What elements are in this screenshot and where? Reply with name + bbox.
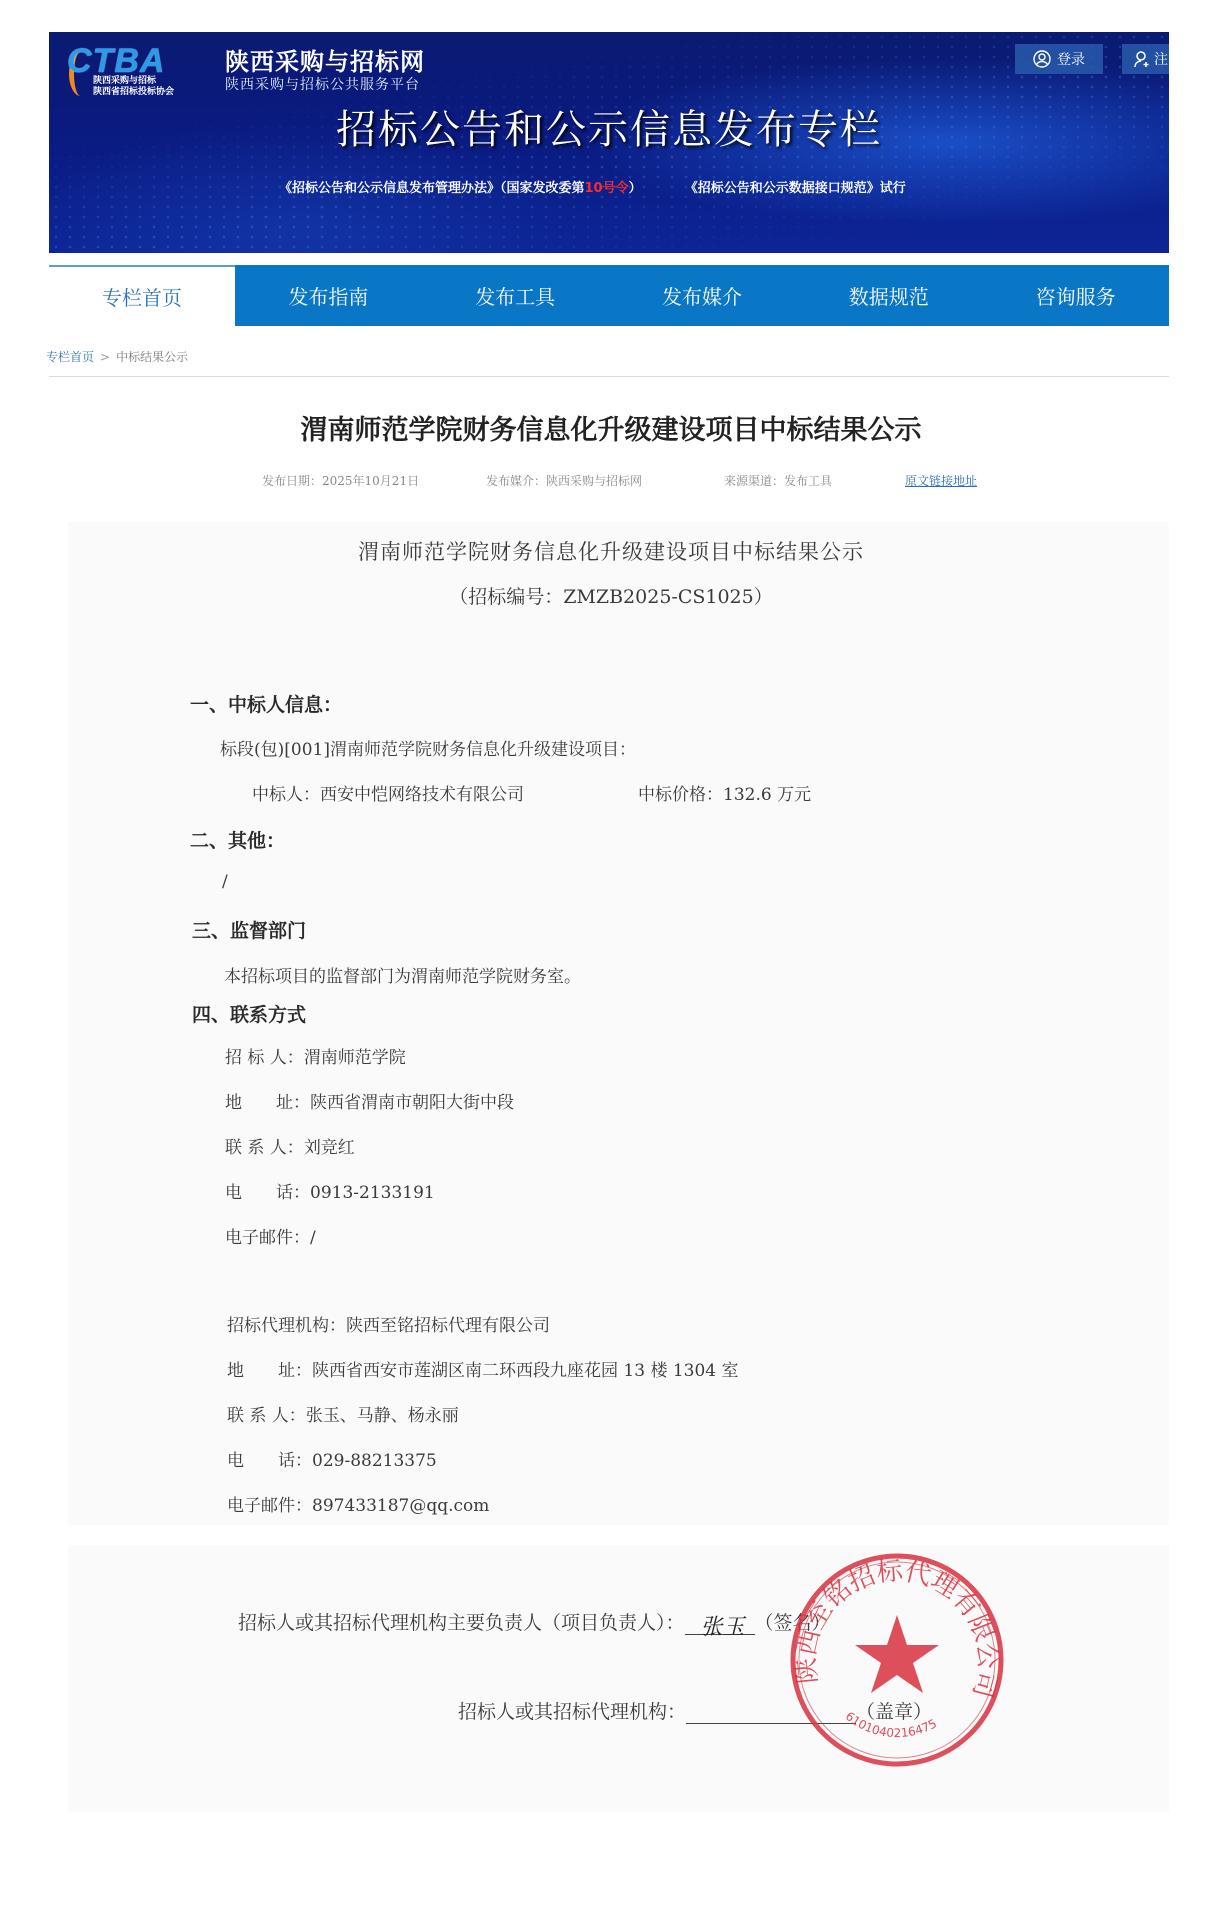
- phone-label: 电 话：: [225, 1183, 310, 1203]
- tab-data-standards[interactable]: 数据规范: [795, 265, 982, 326]
- agency-contact-row: 联 系 人：张玉、马静、杨永丽: [227, 1401, 459, 1426]
- login-button[interactable]: 登录: [1015, 44, 1103, 74]
- banner-title: 招标公告和公示信息发布专栏: [49, 98, 1169, 155]
- tenderer-email-row: 电子邮件：/: [225, 1223, 316, 1248]
- agency-address: 陕西省西安市莲湖区南二环西段九座花园 13 楼 1304 室: [312, 1361, 739, 1381]
- company-seal-icon: 陕西至铭招标代理有限公司 6101040216475: [782, 1545, 1012, 1775]
- tenderer-email: /: [310, 1228, 316, 1248]
- tender-number: （招标编号：ZMZB2025-CS1025）: [0, 582, 1222, 609]
- divider: [49, 376, 1169, 377]
- register-button[interactable]: 注: [1122, 44, 1169, 74]
- email-label: 电子邮件：: [225, 1228, 310, 1248]
- tenderer-contact: 刘竞红: [304, 1138, 355, 1158]
- handwritten-signature: 张玉: [701, 1610, 745, 1641]
- address-label: 地 址：: [227, 1361, 312, 1381]
- agency-contacts: 张玉、马静、杨永丽: [306, 1406, 459, 1426]
- tab-publish-tools[interactable]: 发布工具: [422, 265, 609, 326]
- document-title: 渭南师范学院财务信息化升级建设项目中标结果公示: [0, 536, 1222, 566]
- winning-price: 中标价格：132.6 万元: [638, 780, 811, 805]
- publish-date: 发布日期：2025年10月21日: [262, 472, 419, 489]
- tenderer-label: 招 标 人：: [225, 1048, 304, 1068]
- section-winner-heading: 一、中标人信息：: [190, 690, 342, 717]
- publish-media: 发布媒介：陕西采购与招标网: [486, 472, 642, 489]
- signature-line-responsible: 招标人或其招标代理机构主要负责人（项目负责人）：张玉（签名）: [238, 1608, 831, 1635]
- site-name: 陕西采购与招标网: [225, 42, 425, 77]
- phone-label: 电 话：: [227, 1451, 312, 1471]
- tenderer-contact-row: 联 系 人：刘竞红: [225, 1133, 355, 1158]
- contact-label: 联 系 人：: [225, 1138, 304, 1158]
- user-circle-icon: [1033, 50, 1051, 68]
- tab-column-home[interactable]: 专栏首页: [49, 265, 235, 326]
- main-nav: 专栏首页 发布指南 发布工具 发布媒介 数据规范 咨询服务: [49, 265, 1169, 326]
- law2-link[interactable]: 《招标公告和公示数据接口规范》试行: [685, 181, 906, 196]
- user-add-icon: [1134, 50, 1150, 68]
- agency-phone-row: 电 话：029-88213375: [227, 1446, 437, 1471]
- tenderer-row: 招 标 人：渭南师范学院: [225, 1043, 406, 1068]
- logo-assoc-line2: 陕西省招标投标协会: [93, 87, 174, 98]
- tenderer-address-row: 地 址：陕西省渭南市朝阳大街中段: [225, 1088, 514, 1113]
- login-label: 登录: [1057, 49, 1085, 69]
- law1-highlight: 10号令: [585, 181, 629, 196]
- address-label: 地 址：: [225, 1093, 310, 1113]
- responsible-label: 招标人或其招标代理机构主要负责人（项目负责人）：: [238, 1612, 685, 1634]
- section-other-heading: 二、其他：: [190, 826, 285, 853]
- other-text: /: [222, 872, 228, 892]
- tab-consulting[interactable]: 咨询服务: [982, 265, 1169, 326]
- law1-link[interactable]: 《招标公告和公示信息发布管理办法》（国家发改委第10号令）: [279, 181, 642, 196]
- tab-publish-guide[interactable]: 发布指南: [235, 265, 422, 326]
- tab-publish-media[interactable]: 发布媒介: [609, 265, 796, 326]
- law1-suffix: ）: [629, 181, 642, 196]
- tenderer-phone: 0913-2133191: [310, 1183, 435, 1203]
- logo-association: 陕西采购与招标 陕西省招标投标协会: [93, 76, 174, 98]
- logo-assoc-line1: 陕西采购与招标: [93, 76, 174, 87]
- section-supervision-heading: 三、监督部门: [192, 916, 306, 943]
- agency-label: 招标代理机构：: [227, 1316, 346, 1336]
- site-subtitle: 陕西采购与招标公共服务平台: [225, 74, 420, 94]
- page-title: 渭南师范学院财务信息化升级建设项目中标结果公示: [0, 408, 1222, 447]
- register-label: 注: [1154, 49, 1168, 69]
- site-logo[interactable]: CTBA 陕西采购与招标 陕西省招标投标协会: [67, 42, 217, 100]
- agency-name: 陕西至铭招标代理有限公司: [346, 1316, 550, 1336]
- header-banner: CTBA 陕西采购与招标 陕西省招标投标协会 陕西采购与招标网 陕西采购与招标公…: [49, 32, 1169, 253]
- tenderer-phone-row: 电 话：0913-2133191: [225, 1178, 435, 1203]
- agency-row: 招标代理机构：陕西至铭招标代理有限公司: [227, 1311, 550, 1336]
- lot-info: 标段(包)[001]渭南师范学院财务信息化升级建设项目：: [220, 735, 636, 760]
- supervision-text: 本招标项目的监督部门为渭南师范学院财务室。: [224, 962, 581, 987]
- agency-address-row: 地 址：陕西省西安市莲湖区南二环西段九座花园 13 楼 1304 室: [227, 1356, 739, 1381]
- breadcrumb-home[interactable]: 专栏首页: [46, 350, 94, 364]
- contact-label: 联 系 人：: [227, 1406, 306, 1426]
- tenderer-address: 陕西省渭南市朝阳大街中段: [310, 1093, 514, 1113]
- original-link[interactable]: 原文链接地址: [905, 472, 977, 489]
- svg-text:6101040216475: 6101040216475: [843, 1709, 939, 1740]
- agency-phone: 029-88213375: [312, 1451, 437, 1471]
- tenderer-name: 渭南师范学院: [304, 1048, 406, 1068]
- breadcrumb: 专栏首页>中标结果公示: [46, 348, 188, 365]
- section-contact-heading: 四、联系方式: [192, 1000, 306, 1027]
- source-channel: 来源渠道：发布工具: [724, 472, 832, 489]
- winner-name: 中标人：西安中恺网络技术有限公司: [252, 780, 524, 805]
- email-label: 电子邮件：: [227, 1496, 312, 1516]
- agency-seal-label: 招标人或其招标代理机构：: [458, 1701, 686, 1723]
- agency-email: 897433187@qq.com: [312, 1496, 489, 1516]
- breadcrumb-current: 中标结果公示: [116, 350, 188, 364]
- banner-regulations: 《招标公告和公示信息发布管理办法》（国家发改委第10号令） 《招标公告和公示数据…: [279, 177, 906, 196]
- breadcrumb-separator: >: [100, 350, 110, 364]
- agency-email-row: 电子邮件：897433187@qq.com: [227, 1491, 489, 1516]
- law1-text: 《招标公告和公示信息发布管理办法》（国家发改委第: [279, 181, 585, 196]
